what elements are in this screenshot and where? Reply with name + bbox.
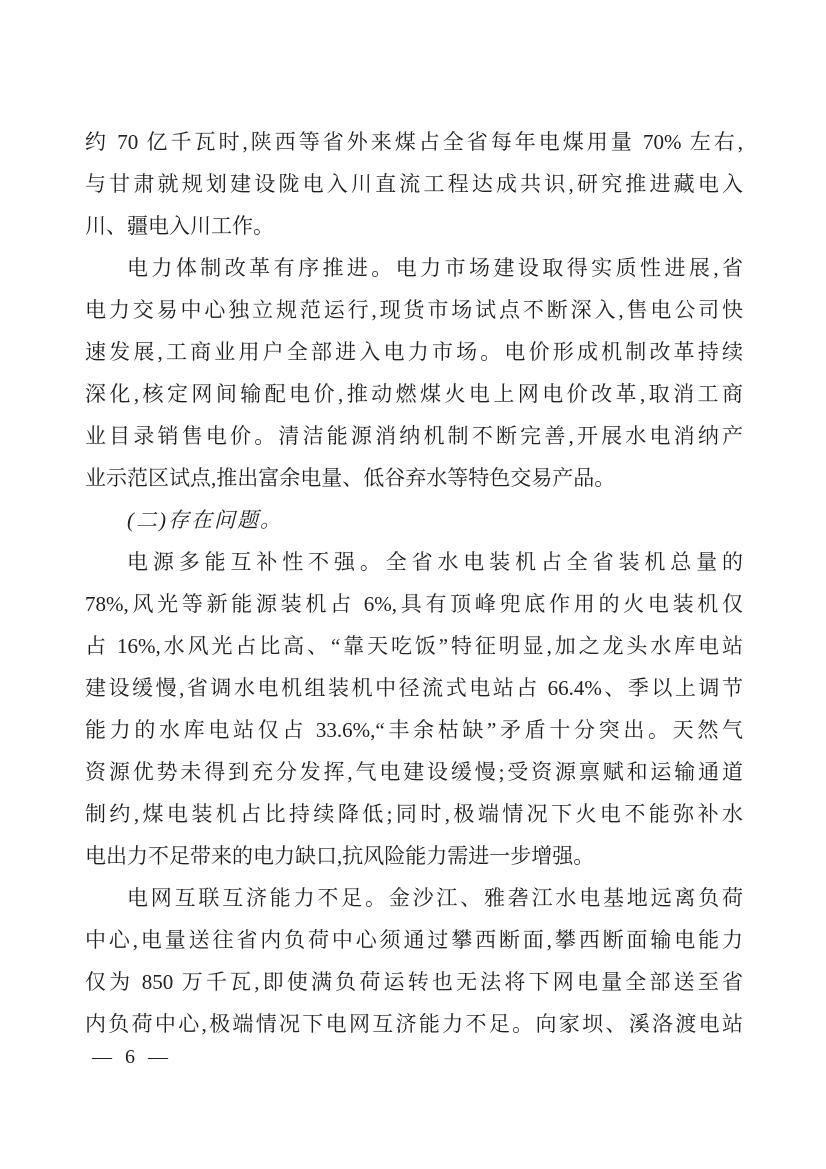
paragraph-3-line: 电源多能互补性不强。全省水电装机占全省装机总量的 — [85, 541, 743, 583]
paragraph-3-line: 建设缓慢,省调水电机组装机中径流式电站占 66.4%、季以上调节 — [85, 667, 743, 709]
paragraph-2-line: 业目录销售电价。清洁能源消纳机制不断完善,开展水电消纳产 — [85, 415, 743, 457]
section-heading: (二)存在问题。 — [85, 499, 743, 541]
paragraph-2-line: 深化,核定网间输配电价,推动燃煤火电上网电价改革,取消工商 — [85, 373, 743, 415]
paragraph-1-line: 约 70 亿千瓦时,陕西等省外来煤占全省每年电煤用量 70% 左右, — [85, 121, 743, 163]
paragraph-2-line: 电力交易中心独立规范运行,现货市场试点不断深入,售电公司快 — [85, 289, 743, 331]
paragraph-1-line: 与甘肃就规划建设陇电入川直流工程达成共识,研究推进藏电入 — [85, 163, 743, 205]
paragraph-3-line: 制约,煤电装机占比持续降低;同时,极端情况下火电不能弥补水 — [85, 793, 743, 835]
paragraph-3-line: 电出力不足带来的电力缺口,抗风险能力需进一步增强。 — [85, 835, 743, 877]
paragraph-3-line: 78%,风光等新能源装机占 6%,具有顶峰兜底作用的火电装机仅 — [85, 583, 743, 625]
paragraph-4-line: 内负荷中心,极端情况下电网互济能力不足。向家坝、溪洛渡电站 — [85, 1003, 743, 1045]
document-page: 约 70 亿千瓦时,陕西等省外来煤占全省每年电煤用量 70% 左右, 与甘肃就规… — [0, 0, 826, 1169]
paragraph-3-line: 占 16%,水风光占比高、“靠天吃饭”特征明显,加之龙头水库电站 — [85, 625, 743, 667]
page-number: — 6 — — [92, 1040, 172, 1074]
paragraph-2-line: 速发展,工商业用户全部进入电力市场。电价形成机制改革持续 — [85, 331, 743, 373]
paragraph-4-line: 电网互联互济能力不足。金沙江、雅砻江水电基地远离负荷 — [85, 877, 743, 919]
document-body: 约 70 亿千瓦时,陕西等省外来煤占全省每年电煤用量 70% 左右, 与甘肃就规… — [85, 121, 743, 1045]
paragraph-1-line: 川、疆电入川工作。 — [85, 205, 743, 247]
paragraph-2-line: 业示范区试点,推出富余电量、低谷弃水等特色交易产品。 — [85, 457, 743, 499]
paragraph-4-line: 中心,电量送往省内负荷中心须通过攀西断面,攀西断面输电能力 — [85, 919, 743, 961]
paragraph-4-line: 仅为 850 万千瓦,即使满负荷运转也无法将下网电量全部送至省 — [85, 961, 743, 1003]
paragraph-2-line: 电力体制改革有序推进。电力市场建设取得实质性进展,省 — [85, 247, 743, 289]
paragraph-3-line: 资源优势未得到充分发挥,气电建设缓慢;受资源禀赋和运输通道 — [85, 751, 743, 793]
paragraph-3-line: 能力的水库电站仅占 33.6%,“丰余枯缺”矛盾十分突出。天然气 — [85, 709, 743, 751]
